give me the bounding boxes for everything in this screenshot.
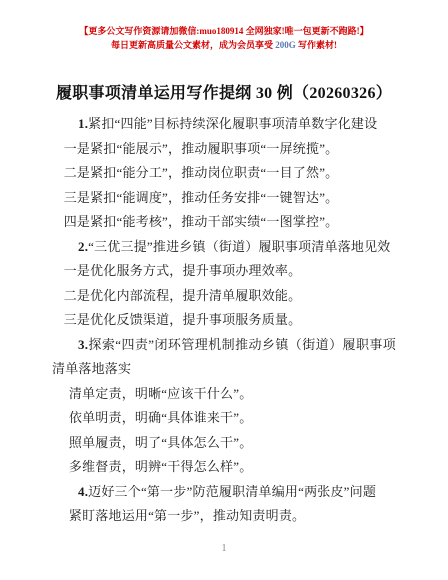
notice-line2-number: 200G <box>275 40 296 50</box>
paragraph-line: 紧盯落地运用“第一步”，推动知责明责。 <box>52 504 396 529</box>
item-number: 3. <box>78 337 88 352</box>
item-number: 1. <box>78 116 88 131</box>
document-body: 1.紧扣“四能”目标持续深化履职事项清单数字化建设一是紧扣“能展示”，推动履职事… <box>52 112 396 529</box>
header-notice: 【更多公文写作资源请加微信:muo180914 全网独家!唯一包更新不跑路!】 … <box>0 24 448 52</box>
notice-line-2: 每日更新高质量公文素材，成为会员享受 200G 写作素材! <box>0 38 448 52</box>
notice-line2-prefix: 每日更新高质量公文素材，成为会员享受 <box>111 40 275 50</box>
paragraph-line: 多维督责，明辨“干得怎么样”。 <box>52 455 396 480</box>
paragraph-line: 依单明责，明确“具体谁来干”。 <box>52 406 396 431</box>
paragraph-line: 一是优化服务方式，提升事项办理效率。 <box>52 259 396 284</box>
paragraph-line: 四是紧扣“能考核”，推动干部实绩“一图掌控”。 <box>52 210 396 235</box>
page-number: 1 <box>0 543 448 554</box>
paragraph-line: 4.迈好三个“第一步”防范履职清单编用“两张皮”问题 <box>52 480 396 505</box>
paragraph-line: 三是优化反馈渠道，提升事项服务质量。 <box>52 308 396 333</box>
item-number: 4. <box>78 484 88 499</box>
notice-line2-suffix: 写作素材! <box>296 40 337 50</box>
document-title: 履职事项清单运用写作提纲 30 例（20260326） <box>30 83 418 105</box>
paragraph-line: 二是优化内部流程，提升清单履职效能。 <box>52 284 396 309</box>
paragraph-line: 二是紧扣“能分工”，推动岗位职责“一目了然”。 <box>52 161 396 186</box>
paragraph-line: 三是紧扣“能调度”，推动任务安排“一键智达”。 <box>52 186 396 211</box>
paragraph-line: 1.紧扣“四能”目标持续深化履职事项清单数字化建设 <box>52 112 396 137</box>
paragraph-line: 3.探索“四责”闭环管理机制推动乡镇（街道）履职事项清单落地落实 <box>52 333 396 382</box>
document-page: 【更多公文写作资源请加微信:muo180914 全网独家!唯一包更新不跑路!】 … <box>0 0 448 580</box>
notice-line-1: 【更多公文写作资源请加微信:muo180914 全网独家!唯一包更新不跑路!】 <box>0 24 448 38</box>
item-number: 2. <box>78 239 88 254</box>
paragraph-line: 2.“三优三提”推进乡镇（街道）履职事项清单落地见效 <box>52 235 396 260</box>
paragraph-line: 清单定责，明晰“应该干什么”。 <box>52 382 396 407</box>
paragraph-line: 一是紧扣“能展示”，推动履职事项“一屏统揽”。 <box>52 137 396 162</box>
paragraph-line: 照单履责，明了“具体怎么干”。 <box>52 431 396 456</box>
